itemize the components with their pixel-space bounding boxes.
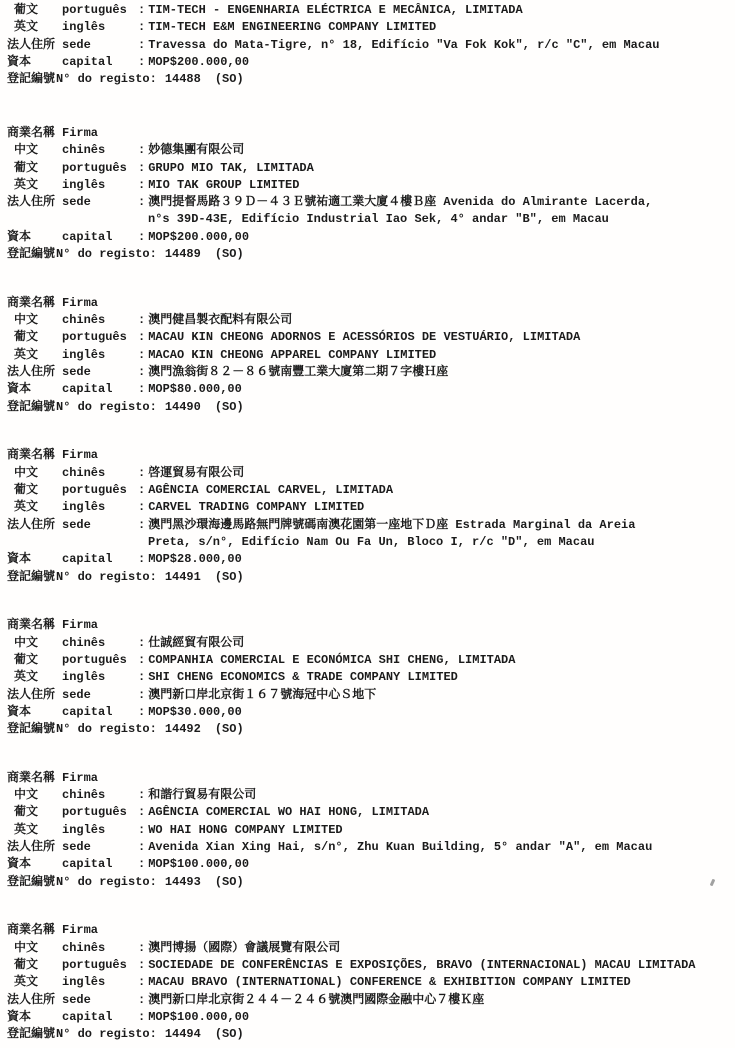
label-zh: 登記編號 — [0, 1026, 56, 1043]
field-value: MOP$200.000,00 — [148, 230, 249, 244]
label-pt: Firma — [62, 922, 138, 939]
capital-row: 資本capital:MOP$100.000,00 — [0, 856, 735, 873]
field-value-cell: :澳門黑沙環海邊馬路無門牌號碼南澳花園第一座地下Ｄ座 Estrada Margi… — [138, 517, 735, 534]
portuguese-name-row: 葡文português:AGÊNCIA COMERCIAL WO HAI HON… — [0, 804, 735, 821]
label-zh: 商業名稱 — [0, 617, 62, 634]
capital-row: 資本capital:MOP$30.000,00 — [0, 704, 735, 721]
english-name-row: 英文inglês:MIO TAK GROUP LIMITED — [0, 177, 735, 194]
field-value-cell: n°s 39D-43E, Edifício Industrial Iao Sek… — [138, 211, 735, 228]
registration-row: 登記編號N° do registo:14489(SO) — [0, 246, 735, 263]
label-pt: sede — [62, 517, 138, 534]
label-zh: 法人住所 — [0, 687, 62, 704]
registration-code: (SO) — [215, 246, 244, 263]
label-zh: 登記編號 — [0, 71, 56, 88]
field-value: WO HAI HONG COMPANY LIMITED — [148, 823, 342, 837]
portuguese-name-row: 葡文português:GRUPO MIO TAK, LIMITADA — [0, 160, 735, 177]
field-value: MACAU BRAVO (INTERNATIONAL) CONFERENCE &… — [148, 975, 630, 989]
colon-separator: : — [138, 365, 145, 379]
field-value: SOCIEDADE DE CONFERÊNCIAS E EXPOSIÇÕES, … — [148, 958, 695, 972]
entry-header-row: 商業名稱Firma — [0, 922, 735, 939]
label-pt: Firma — [62, 617, 138, 634]
registration-code: (SO) — [215, 71, 244, 88]
label-zh: 中文 — [0, 787, 62, 804]
field-value: MIO TAK GROUP LIMITED — [148, 178, 299, 192]
label-zh: 商業名稱 — [0, 447, 62, 464]
label-pt: sede — [62, 687, 138, 704]
capital-row: 資本capital:MOP$28.000,00 — [0, 551, 735, 568]
address-row: 法人住所sede:澳門新口岸北京街２４４－２４６號澳門國際金融中心７樓Ｋ座 — [0, 992, 735, 1009]
field-value: Avenida Xian Xing Hai, s/n°, Zhu Kuan Bu… — [148, 840, 652, 854]
label-zh: 葡文 — [0, 804, 62, 821]
colon-separator: : — [138, 805, 145, 819]
field-value: 啓運貿易有限公司 — [148, 466, 244, 480]
chinese-name-row: 中文chinês:澳門健昌製衣配料有限公司 — [0, 312, 735, 329]
capital-row: 資本capital:MOP$200.000,00 — [0, 229, 735, 246]
label-zh: 英文 — [0, 822, 62, 839]
label-pt: Firma — [62, 295, 138, 312]
label-zh: 資本 — [0, 1009, 62, 1026]
registration-code: (SO) — [215, 569, 244, 586]
label-pt: sede — [62, 839, 138, 856]
label-pt: sede — [62, 364, 138, 381]
label-pt: chinês — [62, 940, 138, 957]
label-pt: inglês — [62, 19, 138, 36]
registration-code: (SO) — [215, 874, 244, 891]
label-pt: Firma — [62, 770, 138, 787]
label-zh: 英文 — [0, 974, 62, 991]
label-pt: sede — [62, 992, 138, 1009]
registry-entry: 商業名稱Firma中文chinês:妙德集團有限公司葡文português:GR… — [0, 125, 735, 263]
registration-code: (SO) — [215, 1026, 244, 1043]
address-row: 法人住所sede:Travessa do Mata-Tigre, n° 18, … — [0, 37, 735, 54]
field-value-cell: :澳門新口岸北京街１６７號海冠中心Ｓ地下 — [138, 687, 735, 704]
label-pt: inglês — [62, 669, 138, 686]
label-pt: capital — [62, 381, 138, 398]
label-pt: N° do registo: — [56, 721, 157, 738]
field-value-cell: Preta, s/n°, Edifício Nam Ou Fa Un, Bloc… — [138, 534, 735, 551]
field-value: 妙德集團有限公司 — [148, 143, 244, 157]
entry-header-row: 商業名稱Firma — [0, 617, 735, 634]
field-row-continuation: Preta, s/n°, Edifício Nam Ou Fa Un, Bloc… — [0, 534, 735, 551]
entry-header-row: 商業名稱Firma — [0, 447, 735, 464]
field-value-cell: :啓運貿易有限公司 — [138, 465, 735, 482]
colon-separator: : — [138, 670, 145, 684]
colon-separator: : — [138, 653, 145, 667]
label-pt: português — [62, 957, 138, 974]
label-zh: 登記編號 — [0, 246, 56, 263]
field-value: 澳門博揚（國際）會議展覽有限公司 — [148, 941, 340, 955]
english-name-row: 英文inglês:TIM-TECH E&M ENGINEERING COMPAN… — [0, 19, 735, 36]
label-zh: 商業名稱 — [0, 922, 62, 939]
colon-separator: : — [138, 3, 145, 17]
address-row: 法人住所sede:Avenida Xian Xing Hai, s/n°, Zh… — [0, 839, 735, 856]
field-row-continuation: n°s 39D-43E, Edifício Industrial Iao Sek… — [0, 211, 735, 228]
registration-number: 14490 — [165, 399, 201, 416]
colon-separator: : — [138, 857, 145, 871]
field-value-cell: :MOP$100.000,00 — [138, 1009, 735, 1026]
label-pt: sede — [62, 194, 138, 211]
field-value: 澳門新口岸北京街１６７號海冠中心Ｓ地下 — [148, 688, 376, 702]
field-value-cell: :妙德集團有限公司 — [138, 142, 735, 159]
field-value-cell: :MOP$30.000,00 — [138, 704, 735, 721]
field-value-cell: :MOP$80.000,00 — [138, 381, 735, 398]
label-zh: 資本 — [0, 54, 62, 71]
field-value-cell: :澳門新口岸北京街２４４－２４６號澳門國際金融中心７樓Ｋ座 — [138, 992, 735, 1009]
label-zh: 英文 — [0, 177, 62, 194]
colon-separator: : — [138, 500, 145, 514]
colon-separator: : — [138, 55, 145, 69]
field-value: SHI CHENG ECONOMICS & TRADE COMPANY LIMI… — [148, 670, 458, 684]
field-value: MOP$100.000,00 — [148, 857, 249, 871]
english-name-row: 英文inglês:MACAU BRAVO (INTERNATIONAL) CON… — [0, 974, 735, 991]
label-zh: 法人住所 — [0, 37, 62, 54]
field-value: 澳門新口岸北京街２４４－２４６號澳門國際金融中心７樓Ｋ座 — [148, 993, 484, 1007]
field-value-cell: :MOP$28.000,00 — [138, 551, 735, 568]
field-value: TIM-TECH - ENGENHARIA ELÉCTRICA E MECÂNI… — [148, 3, 522, 17]
registration-row: 登記編號N° do registo:14490(SO) — [0, 399, 735, 416]
colon-separator: : — [138, 840, 145, 854]
registry-entry: 商業名稱Firma中文chinês:仕誠經貿有限公司葡文português:CO… — [0, 617, 735, 738]
label-pt: Firma — [62, 125, 138, 142]
registry-entry: 商業名稱Firma中文chinês:和諧行貿易有限公司葡文português:A… — [0, 770, 735, 891]
chinese-name-row: 中文chinês:啓運貿易有限公司 — [0, 465, 735, 482]
registry-entry: 商業名稱Firma中文chinês:澳門健昌製衣配料有限公司葡文portuguê… — [0, 295, 735, 416]
label-zh: 商業名稱 — [0, 295, 62, 312]
label-pt: português — [62, 2, 138, 19]
colon-separator: : — [138, 941, 145, 955]
field-value-cell: :SOCIEDADE DE CONFERÊNCIAS E EXPOSIÇÕES,… — [138, 957, 735, 974]
label-zh: 葡文 — [0, 2, 62, 19]
label-pt: português — [62, 329, 138, 346]
label-zh: 中文 — [0, 635, 62, 652]
colon-separator: : — [138, 823, 145, 837]
colon-separator: : — [138, 38, 145, 52]
label-zh: 法人住所 — [0, 839, 62, 856]
label-zh: 法人住所 — [0, 992, 62, 1009]
label-zh: 英文 — [0, 19, 62, 36]
registration-number: 14492 — [165, 721, 201, 738]
address-row: 法人住所sede:澳門新口岸北京街１６７號海冠中心Ｓ地下 — [0, 687, 735, 704]
colon-separator: : — [138, 348, 145, 362]
label-pt: N° do registo: — [56, 874, 157, 891]
field-value: COMPANHIA COMERCIAL E ECONÓMICA SHI CHEN… — [148, 653, 515, 667]
colon-separator: : — [138, 993, 145, 1007]
colon-separator: : — [138, 20, 145, 34]
colon-separator: : — [138, 466, 145, 480]
label-pt: capital — [62, 1009, 138, 1026]
field-value-cell: :澳門健昌製衣配料有限公司 — [138, 312, 735, 329]
field-value: n°s 39D-43E, Edifício Industrial Iao Sek… — [148, 212, 609, 226]
label-zh: 葡文 — [0, 329, 62, 346]
colon-separator: : — [138, 330, 145, 344]
label-zh: 資本 — [0, 704, 62, 721]
portuguese-name-row: 葡文português:SOCIEDADE DE CONFERÊNCIAS E … — [0, 957, 735, 974]
entry-header-row: 商業名稱Firma — [0, 770, 735, 787]
label-pt: capital — [62, 704, 138, 721]
field-value-cell: :MACAU KIN CHEONG ADORNOS E ACESSÓRIOS D… — [138, 329, 735, 346]
label-zh: 資本 — [0, 551, 62, 568]
colon-separator: : — [138, 195, 145, 209]
field-value: MACAU KIN CHEONG ADORNOS E ACESSÓRIOS DE… — [148, 330, 580, 344]
portuguese-name-row: 葡文português:MACAU KIN CHEONG ADORNOS E A… — [0, 329, 735, 346]
label-pt: inglês — [62, 974, 138, 991]
label-pt: N° do registo: — [56, 1026, 157, 1043]
field-value-cell: :MACAU BRAVO (INTERNATIONAL) CONFERENCE … — [138, 974, 735, 991]
address-row: 法人住所sede:澳門提督馬路３９Ｄ－４３Ｅ號祐適工業大廈４樓Ｂ座 Avenid… — [0, 194, 735, 211]
colon-separator: : — [138, 161, 145, 175]
field-value: MACAO KIN CHEONG APPAREL COMPANY LIMITED — [148, 348, 436, 362]
label-zh: 英文 — [0, 669, 62, 686]
label-zh: 英文 — [0, 347, 62, 364]
field-value-cell: :CARVEL TRADING COMPANY LIMITED — [138, 499, 735, 516]
label-pt: chinês — [62, 465, 138, 482]
label-zh: 法人住所 — [0, 364, 62, 381]
field-value: 澳門健昌製衣配料有限公司 — [148, 313, 292, 327]
field-value: 澳門黑沙環海邊馬路無門牌號碼南澳花園第一座地下Ｄ座 Estrada Margin… — [148, 518, 635, 532]
capital-row: 資本capital:MOP$200.000,00 — [0, 54, 735, 71]
label-zh: 商業名稱 — [0, 770, 62, 787]
colon-separator: : — [138, 518, 145, 532]
field-value: AGÊNCIA COMERCIAL CARVEL, LIMITADA — [148, 483, 393, 497]
registration-row: 登記編號N° do registo:14494(SO) — [0, 1026, 735, 1043]
field-value-cell: :TIM-TECH E&M ENGINEERING COMPANY LIMITE… — [138, 19, 735, 36]
colon-separator: : — [138, 552, 145, 566]
label-zh: 資本 — [0, 381, 62, 398]
label-pt: português — [62, 652, 138, 669]
registration-row: 登記編號N° do registo:14492(SO) — [0, 721, 735, 738]
english-name-row: 英文inglês:MACAO KIN CHEONG APPAREL COMPAN… — [0, 347, 735, 364]
registry-entry: 葡文português:TIM-TECH - ENGENHARIA ELÉCTR… — [0, 2, 735, 88]
registration-row: 登記編號N° do registo:14488(SO) — [0, 71, 735, 88]
colon-separator: : — [138, 382, 145, 396]
label-pt: capital — [62, 551, 138, 568]
colon-separator: : — [138, 975, 145, 989]
chinese-name-row: 中文chinês:妙德集團有限公司 — [0, 142, 735, 159]
field-value-cell: :AGÊNCIA COMERCIAL CARVEL, LIMITADA — [138, 482, 735, 499]
label-pt: chinês — [62, 787, 138, 804]
label-pt: N° do registo: — [56, 569, 157, 586]
label-zh: 資本 — [0, 856, 62, 873]
chinese-name-row: 中文chinês:和諧行貿易有限公司 — [0, 787, 735, 804]
label-zh: 中文 — [0, 312, 62, 329]
field-value-cell: :SHI CHENG ECONOMICS & TRADE COMPANY LIM… — [138, 669, 735, 686]
portuguese-name-row: 葡文português:AGÊNCIA COMERCIAL CARVEL, LI… — [0, 482, 735, 499]
field-value: 澳門提督馬路３９Ｄ－４３Ｅ號祐適工業大廈４樓Ｂ座 Avenida do Almi… — [148, 195, 652, 209]
field-value: Travessa do Mata-Tigre, n° 18, Edifício … — [148, 38, 659, 52]
registry-entries: 葡文português:TIM-TECH - ENGENHARIA ELÉCTR… — [0, 2, 735, 1044]
field-value: 和諧行貿易有限公司 — [148, 788, 256, 802]
label-zh: 中文 — [0, 142, 62, 159]
colon-separator: : — [138, 230, 145, 244]
label-zh: 英文 — [0, 499, 62, 516]
label-pt: português — [62, 160, 138, 177]
registration-code: (SO) — [215, 721, 244, 738]
english-name-row: 英文inglês:CARVEL TRADING COMPANY LIMITED — [0, 499, 735, 516]
field-value-cell: :AGÊNCIA COMERCIAL WO HAI HONG, LIMITADA — [138, 804, 735, 821]
colon-separator: : — [138, 1010, 145, 1024]
registration-number: 14493 — [165, 874, 201, 891]
label-zh: 商業名稱 — [0, 125, 62, 142]
label-pt: N° do registo: — [56, 246, 157, 263]
registry-entry: 商業名稱Firma中文chinês:澳門博揚（國際）會議展覽有限公司葡文port… — [0, 922, 735, 1043]
field-value-cell: :MACAO KIN CHEONG APPAREL COMPANY LIMITE… — [138, 347, 735, 364]
registry-entry: 商業名稱Firma中文chinês:啓運貿易有限公司葡文português:AG… — [0, 447, 735, 585]
label-zh: 資本 — [0, 229, 62, 246]
label-pt: inglês — [62, 177, 138, 194]
english-name-row: 英文inglês:SHI CHENG ECONOMICS & TRADE COM… — [0, 669, 735, 686]
colon-separator: : — [138, 143, 145, 157]
label-zh: 法人住所 — [0, 194, 62, 211]
address-row: 法人住所sede:澳門黑沙環海邊馬路無門牌號碼南澳花園第一座地下Ｄ座 Estra… — [0, 517, 735, 534]
label-zh: 葡文 — [0, 652, 62, 669]
label-pt: chinês — [62, 312, 138, 329]
field-value: MOP$200.000,00 — [148, 55, 249, 69]
field-value-cell: :COMPANHIA COMERCIAL E ECONÓMICA SHI CHE… — [138, 652, 735, 669]
field-value-cell: :和諧行貿易有限公司 — [138, 787, 735, 804]
label-zh: 法人住所 — [0, 517, 62, 534]
english-name-row: 英文inglês:WO HAI HONG COMPANY LIMITED — [0, 822, 735, 839]
label-zh: 葡文 — [0, 957, 62, 974]
label-zh: 登記編號 — [0, 569, 56, 586]
field-value-cell: :MIO TAK GROUP LIMITED — [138, 177, 735, 194]
label-pt: inglês — [62, 822, 138, 839]
field-value-cell: :WO HAI HONG COMPANY LIMITED — [138, 822, 735, 839]
field-value-cell: :澳門提督馬路３９Ｄ－４３Ｅ號祐適工業大廈４樓Ｂ座 Avenida do Alm… — [138, 194, 735, 211]
field-value: 澳門漁翁街８２－８６號南豐工業大廈第二期７字樓Ｈ座 — [148, 365, 448, 379]
label-zh: 中文 — [0, 465, 62, 482]
capital-row: 資本capital:MOP$100.000,00 — [0, 1009, 735, 1026]
label-pt: capital — [62, 229, 138, 246]
portuguese-name-row: 葡文português:COMPANHIA COMERCIAL E ECONÓM… — [0, 652, 735, 669]
field-value: Preta, s/n°, Edifício Nam Ou Fa Un, Bloc… — [148, 535, 594, 549]
label-pt: português — [62, 804, 138, 821]
colon-separator: : — [138, 688, 145, 702]
label-pt: chinês — [62, 142, 138, 159]
field-value: GRUPO MIO TAK, LIMITADA — [148, 161, 314, 175]
portuguese-name-row: 葡文português:TIM-TECH - ENGENHARIA ELÉCTR… — [0, 2, 735, 19]
field-value: 仕誠經貿有限公司 — [148, 636, 244, 650]
field-value: MOP$30.000,00 — [148, 705, 242, 719]
field-value-cell: :澳門漁翁街８２－８６號南豐工業大廈第二期７字樓Ｈ座 — [138, 364, 735, 381]
label-pt: inglês — [62, 347, 138, 364]
field-value-cell: :GRUPO MIO TAK, LIMITADA — [138, 160, 735, 177]
chinese-name-row: 中文chinês:澳門博揚（國際）會議展覽有限公司 — [0, 940, 735, 957]
field-value: TIM-TECH E&M ENGINEERING COMPANY LIMITED — [148, 20, 436, 34]
label-pt: inglês — [62, 499, 138, 516]
registration-number: 14491 — [165, 569, 201, 586]
field-value-cell: :MOP$100.000,00 — [138, 856, 735, 873]
capital-row: 資本capital:MOP$80.000,00 — [0, 381, 735, 398]
colon-separator: : — [138, 705, 145, 719]
colon-separator: : — [138, 483, 145, 497]
label-pt: sede — [62, 37, 138, 54]
field-value-cell: :Avenida Xian Xing Hai, s/n°, Zhu Kuan B… — [138, 839, 735, 856]
label-pt: N° do registo: — [56, 399, 157, 416]
field-value-cell: :MOP$200.000,00 — [138, 54, 735, 71]
field-value: MOP$28.000,00 — [148, 552, 242, 566]
label-zh: 登記編號 — [0, 874, 56, 891]
field-value: MOP$80.000,00 — [148, 382, 242, 396]
colon-separator: : — [138, 313, 145, 327]
registration-number: 14494 — [165, 1026, 201, 1043]
colon-separator: : — [138, 958, 145, 972]
label-zh: 登記編號 — [0, 721, 56, 738]
field-value-cell: :仕誠經貿有限公司 — [138, 635, 735, 652]
colon-separator: : — [138, 178, 145, 192]
gazette-page: 葡文português:TIM-TECH - ENGENHARIA ELÉCTR… — [0, 0, 735, 1048]
label-pt: Firma — [62, 447, 138, 464]
label-pt: capital — [62, 856, 138, 873]
field-value-cell: :MOP$200.000,00 — [138, 229, 735, 246]
colon-separator: : — [138, 788, 145, 802]
registration-row: 登記編號N° do registo:14491(SO) — [0, 569, 735, 586]
field-value: MOP$100.000,00 — [148, 1010, 249, 1024]
entry-header-row: 商業名稱Firma — [0, 295, 735, 312]
field-value: CARVEL TRADING COMPANY LIMITED — [148, 500, 364, 514]
field-value-cell: :澳門博揚（國際）會議展覽有限公司 — [138, 940, 735, 957]
field-value-cell: :TIM-TECH - ENGENHARIA ELÉCTRICA E MECÂN… — [138, 2, 735, 19]
registration-number: 14488 — [165, 71, 201, 88]
registration-code: (SO) — [215, 399, 244, 416]
label-zh: 中文 — [0, 940, 62, 957]
chinese-name-row: 中文chinês:仕誠經貿有限公司 — [0, 635, 735, 652]
label-pt: N° do registo: — [56, 71, 157, 88]
label-pt: capital — [62, 54, 138, 71]
label-zh: 葡文 — [0, 482, 62, 499]
field-value: AGÊNCIA COMERCIAL WO HAI HONG, LIMITADA — [148, 805, 429, 819]
label-pt: chinês — [62, 635, 138, 652]
field-value-cell: :Travessa do Mata-Tigre, n° 18, Edifício… — [138, 37, 735, 54]
label-pt: português — [62, 482, 138, 499]
address-row: 法人住所sede:澳門漁翁街８２－８６號南豐工業大廈第二期７字樓Ｈ座 — [0, 364, 735, 381]
colon-separator: : — [138, 636, 145, 650]
registration-number: 14489 — [165, 246, 201, 263]
label-zh: 登記編號 — [0, 399, 56, 416]
registration-row: 登記編號N° do registo:14493(SO) — [0, 874, 735, 891]
entry-header-row: 商業名稱Firma — [0, 125, 735, 142]
label-zh: 葡文 — [0, 160, 62, 177]
